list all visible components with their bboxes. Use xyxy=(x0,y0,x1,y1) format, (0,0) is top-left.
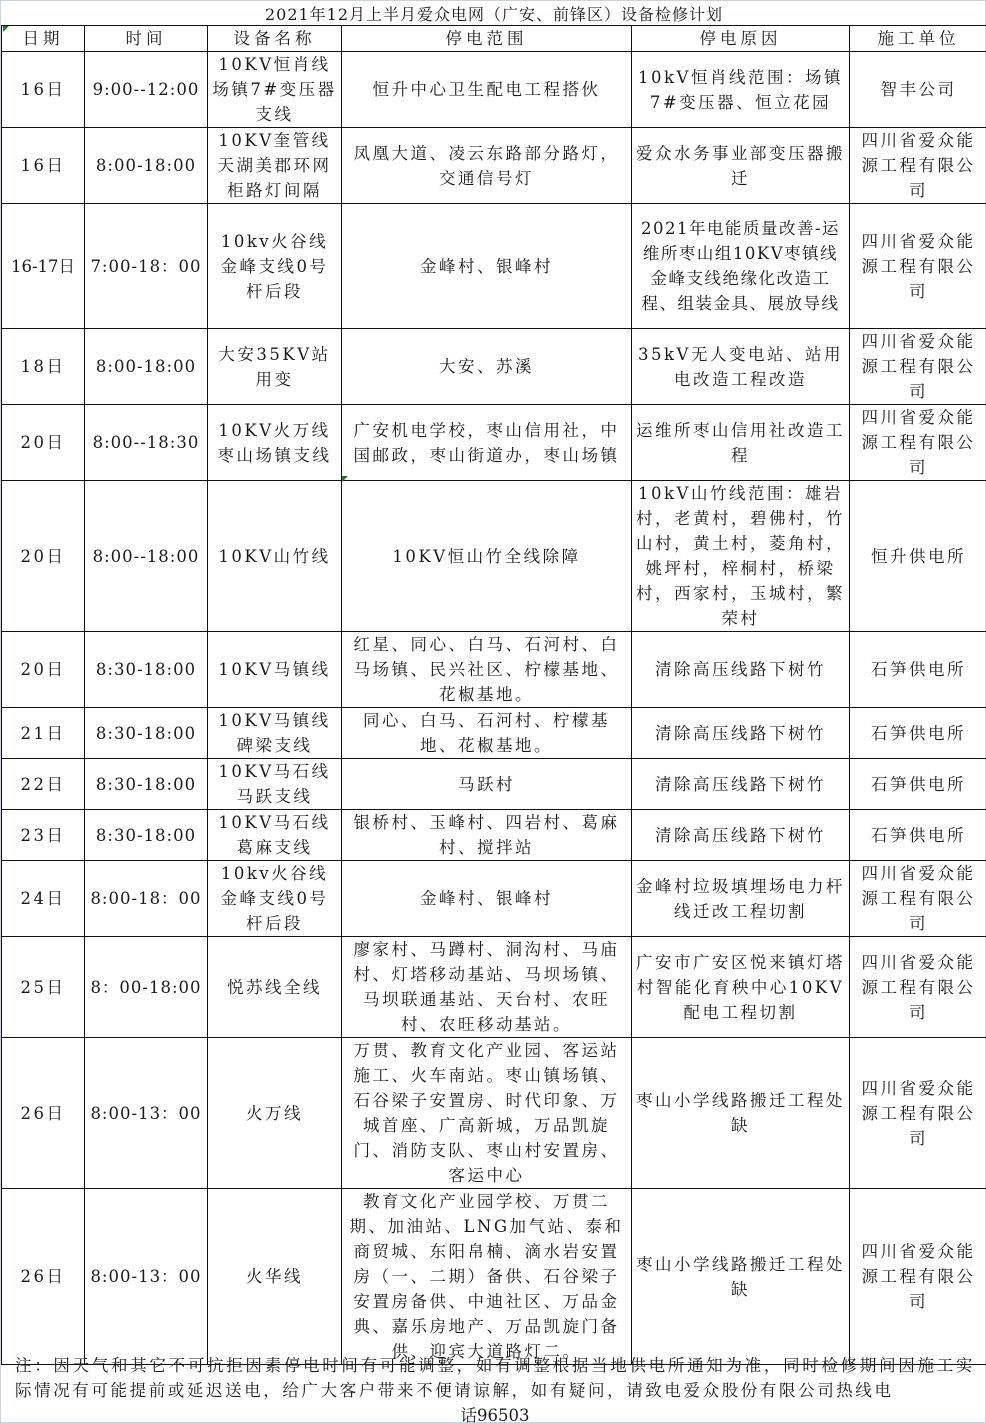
cell-unit: 四川省爱众能源工程有限公司 xyxy=(850,1189,986,1365)
cell-unit: 四川省爱众能源工程有限公司 xyxy=(850,861,986,937)
cell-equipment: 10kv火谷线金峰支线0号杆后段 xyxy=(208,204,342,329)
header-row: 日期 时间 设备名称 停电范围 停电原因 施工单位 xyxy=(2,26,986,52)
table-row: 16日 8:00-18:00 10KV奎管线天湖美郡环网柜路灯间隔 凤凰大道、凌… xyxy=(2,128,986,204)
cell-date: 20日 xyxy=(2,405,85,481)
cell-scope: 万贯、教育文化产业园、客运站施工、火车南站。枣山镇场镇、石谷梁子安置房、时代印象… xyxy=(342,1038,632,1189)
table-row: 16-17日 7:00-18：00 10kv火谷线金峰支线0号杆后段 金峰村、银… xyxy=(2,204,986,329)
cell-scope: 马跃村 xyxy=(342,759,632,810)
cell-scope: 广安机电学校，枣山信用社，中国邮政，枣山街道办，枣山场镇 xyxy=(342,405,632,481)
maintenance-schedule-table: 日期 时间 设备名称 停电范围 停电原因 施工单位 16日 9:00--12:0… xyxy=(1,25,986,1365)
cell-time: 8:00-13：00 xyxy=(85,1038,208,1189)
table-row: 20日 8:30-18:00 10KV马镇线 红星、同心、白马、石河村、白马场镇… xyxy=(2,632,986,708)
schedule-sheet: 2021年12月上半月爱众电网（广安、前锋区）设备检修计划 日期 时间 设备名称… xyxy=(0,0,986,1423)
table-row: 26日 8:00-13：00 火华线 教育文化产业园学校、万贯二期、加油站、LN… xyxy=(2,1189,986,1365)
header-outage-scope: 停电范围 xyxy=(342,26,632,52)
cell-equipment: 火华线 xyxy=(208,1189,342,1365)
cell-date: 20日 xyxy=(2,632,85,708)
table-row: 26日 8:00-13：00 火万线 万贯、教育文化产业园、客运站施工、火车南站… xyxy=(2,1038,986,1189)
cell-date: 20日 xyxy=(2,481,85,632)
cell-reason: 金峰村垃圾填埋场电力杆线迁改工程切割 xyxy=(632,861,850,937)
cell-scope: 凤凰大道、凌云东路部分路灯，交通信号灯 xyxy=(342,128,632,204)
cell-scope: 大安、苏溪 xyxy=(342,329,632,405)
table-row: 18日 8:00-18:00 大安35KV站用变 大安、苏溪 35kV无人变电站… xyxy=(2,329,986,405)
cell-time: 8:30-18:00 xyxy=(85,759,208,810)
cell-unit: 石笋供电所 xyxy=(850,759,986,810)
cell-date: 18日 xyxy=(2,329,85,405)
cell-comment-marker-icon xyxy=(3,26,9,32)
cell-date: 16日 xyxy=(2,52,85,128)
cell-time: 8:00-18:00 xyxy=(85,329,208,405)
cell-equipment: 10KV马镇线碑梁支线 xyxy=(208,708,342,759)
cell-unit: 石笋供电所 xyxy=(850,708,986,759)
header-outage-reason: 停电原因 xyxy=(632,26,850,52)
footnote: 注：因天气和其它不可抗拒因素停电时间有可能调整，如有调整根据当地供电所通知为准，… xyxy=(1,1350,986,1423)
cell-reason: 运维所枣山信用社改造工程 xyxy=(632,405,850,481)
cell-time: 8:00-13：00 xyxy=(85,1189,208,1365)
table-row: 23日 8:30-18:00 10KV马石线葛麻支线 银桥村、玉峰村、四岩村、葛… xyxy=(2,810,986,861)
table-row: 25日 8：00-18:00 悦苏线全线 廖家村、马蹲村、洞沟村、马庙村、灯塔移… xyxy=(2,937,986,1038)
cell-unit: 恒升供电所 xyxy=(850,481,986,632)
cell-reason: 2021年电能质量改善-运维所枣山组10KV枣镇线金峰支线绝缘化改造工程、组装金… xyxy=(632,204,850,329)
cell-date: 26日 xyxy=(2,1038,85,1189)
cell-scope: 红星、同心、白马、石河村、白马场镇、民兴社区、柠檬基地、花椒基地。 xyxy=(342,632,632,708)
cell-date: 21日 xyxy=(2,708,85,759)
cell-equipment: 火万线 xyxy=(208,1038,342,1189)
cell-equipment: 10KV马石线马跃支线 xyxy=(208,759,342,810)
cell-equipment: 10KV马石线葛麻支线 xyxy=(208,810,342,861)
header-equipment: 设备名称 xyxy=(208,26,342,52)
cell-reason: 爱众水务事业部变压器搬迁 xyxy=(632,128,850,204)
footnote-hotline: 话96503 xyxy=(15,1403,975,1423)
header-time: 时间 xyxy=(85,26,208,52)
cell-scope: 金峰村、银峰村 xyxy=(342,204,632,329)
cell-reason: 清除高压线路下树竹 xyxy=(632,632,850,708)
cell-scope: 银桥村、玉峰村、四岩村、葛麻村、搅拌站 xyxy=(342,810,632,861)
cell-unit: 智丰公司 xyxy=(850,52,986,128)
cell-reason: 清除高压线路下树竹 xyxy=(632,810,850,861)
cell-unit: 四川省爱众能源工程有限公司 xyxy=(850,405,986,481)
cell-date: 26日 xyxy=(2,1189,85,1365)
footnote-text: 注：因天气和其它不可抗拒因素停电时间有可能调整，如有调整根据当地供电所通知为准，… xyxy=(15,1356,975,1400)
cell-scope: 教育文化产业园学校、万贯二期、加油站、LNG加气站、泰和商贸城、东阳帛楠、滴水岩… xyxy=(342,1189,632,1365)
cell-date: 23日 xyxy=(2,810,85,861)
cell-date: 22日 xyxy=(2,759,85,810)
cell-scope: 恒升中心卫生配电工程搭伙 xyxy=(342,52,632,128)
cell-time: 8：00-18:00 xyxy=(85,937,208,1038)
cell-time: 8:30-18:00 xyxy=(85,810,208,861)
table-row: 24日 8:00-18：00 10kv火谷线金峰支线0号杆后段 金峰村、银峰村 … xyxy=(2,861,986,937)
header-date: 日期 xyxy=(2,26,85,52)
cell-date: 24日 xyxy=(2,861,85,937)
cell-time: 8:30-18:00 xyxy=(85,632,208,708)
cell-time: 9:00--12:00 xyxy=(85,52,208,128)
cell-equipment: 10kv火谷线金峰支线0号杆后段 xyxy=(208,861,342,937)
cell-unit: 石笋供电所 xyxy=(850,810,986,861)
cell-comment-marker-icon xyxy=(342,476,348,482)
cell-equipment: 10KV火万线枣山场镇支线 xyxy=(208,405,342,481)
cell-date: 25日 xyxy=(2,937,85,1038)
cell-reason: 清除高压线路下树竹 xyxy=(632,708,850,759)
cell-unit: 四川省爱众能源工程有限公司 xyxy=(850,128,986,204)
cell-date: 16日 xyxy=(2,128,85,204)
table-row: 20日 8:00--18:00 10KV山竹线 10KV恒山竹全线除障 10kV… xyxy=(2,481,986,632)
cell-reason: 清除高压线路下树竹 xyxy=(632,759,850,810)
cell-scope: 同心、白马、石河村、柠檬基地、花椒基地。 xyxy=(342,708,632,759)
cell-reason: 广安市广安区悦来镇灯塔村智能化育秧中心10KV配电工程切割 xyxy=(632,937,850,1038)
table-row: 22日 8:30-18:00 10KV马石线马跃支线 马跃村 清除高压线路下树竹… xyxy=(2,759,986,810)
cell-reason: 枣山小学线路搬迁工程处缺 xyxy=(632,1038,850,1189)
cell-unit: 四川省爱众能源工程有限公司 xyxy=(850,329,986,405)
table-row: 16日 9:00--12:00 10KV恒肖线场镇7#变压器支线 恒升中心卫生配… xyxy=(2,52,986,128)
cell-equipment: 10KV马镇线 xyxy=(208,632,342,708)
cell-equipment: 大安35KV站用变 xyxy=(208,329,342,405)
cell-unit: 四川省爱众能源工程有限公司 xyxy=(850,1038,986,1189)
cell-reason: 10kV山竹线范围：雄岩村，老黄村，碧佛村，竹山村，黄土村，菱角村，姚坪村，梓桐… xyxy=(632,481,850,632)
cell-time: 7:00-18：00 xyxy=(85,204,208,329)
header-contractor: 施工单位 xyxy=(850,26,986,52)
cell-scope: 金峰村、银峰村 xyxy=(342,861,632,937)
table-row: 21日 8:30-18:00 10KV马镇线碑梁支线 同心、白马、石河村、柠檬基… xyxy=(2,708,986,759)
cell-reason: 35kV无人变电站、站用电改造工程改造 xyxy=(632,329,850,405)
cell-unit: 四川省爱众能源工程有限公司 xyxy=(850,204,986,329)
cell-equipment: 10KV奎管线天湖美郡环网柜路灯间隔 xyxy=(208,128,342,204)
cell-reason: 10kV恒肖线范围：场镇7#变压器、恒立花园 xyxy=(632,52,850,128)
cell-time: 8:00-18:00 xyxy=(85,128,208,204)
cell-reason: 枣山小学线路搬迁工程处缺 xyxy=(632,1189,850,1365)
cell-time: 8:30-18:00 xyxy=(85,708,208,759)
cell-time: 8:00--18:00 xyxy=(85,481,208,632)
cell-unit: 四川省爱众能源工程有限公司 xyxy=(850,937,986,1038)
page-title: 2021年12月上半月爱众电网（广安、前锋区）设备检修计划 xyxy=(1,0,986,25)
cell-time: 8:00-18：00 xyxy=(85,861,208,937)
cell-scope: 廖家村、马蹲村、洞沟村、马庙村、灯塔移动基站、马坝场镇、马坝联通基站、天台村、农… xyxy=(342,937,632,1038)
cell-scope: 10KV恒山竹全线除障 xyxy=(342,481,632,632)
table-row: 20日 8:00--18:30 10KV火万线枣山场镇支线 广安机电学校，枣山信… xyxy=(2,405,986,481)
cell-equipment: 悦苏线全线 xyxy=(208,937,342,1038)
cell-equipment: 10KV山竹线 xyxy=(208,481,342,632)
cell-date: 16-17日 xyxy=(2,204,85,329)
cell-equipment: 10KV恒肖线场镇7#变压器支线 xyxy=(208,52,342,128)
cell-unit: 石笋供电所 xyxy=(850,632,986,708)
cell-time: 8:00--18:30 xyxy=(85,405,208,481)
